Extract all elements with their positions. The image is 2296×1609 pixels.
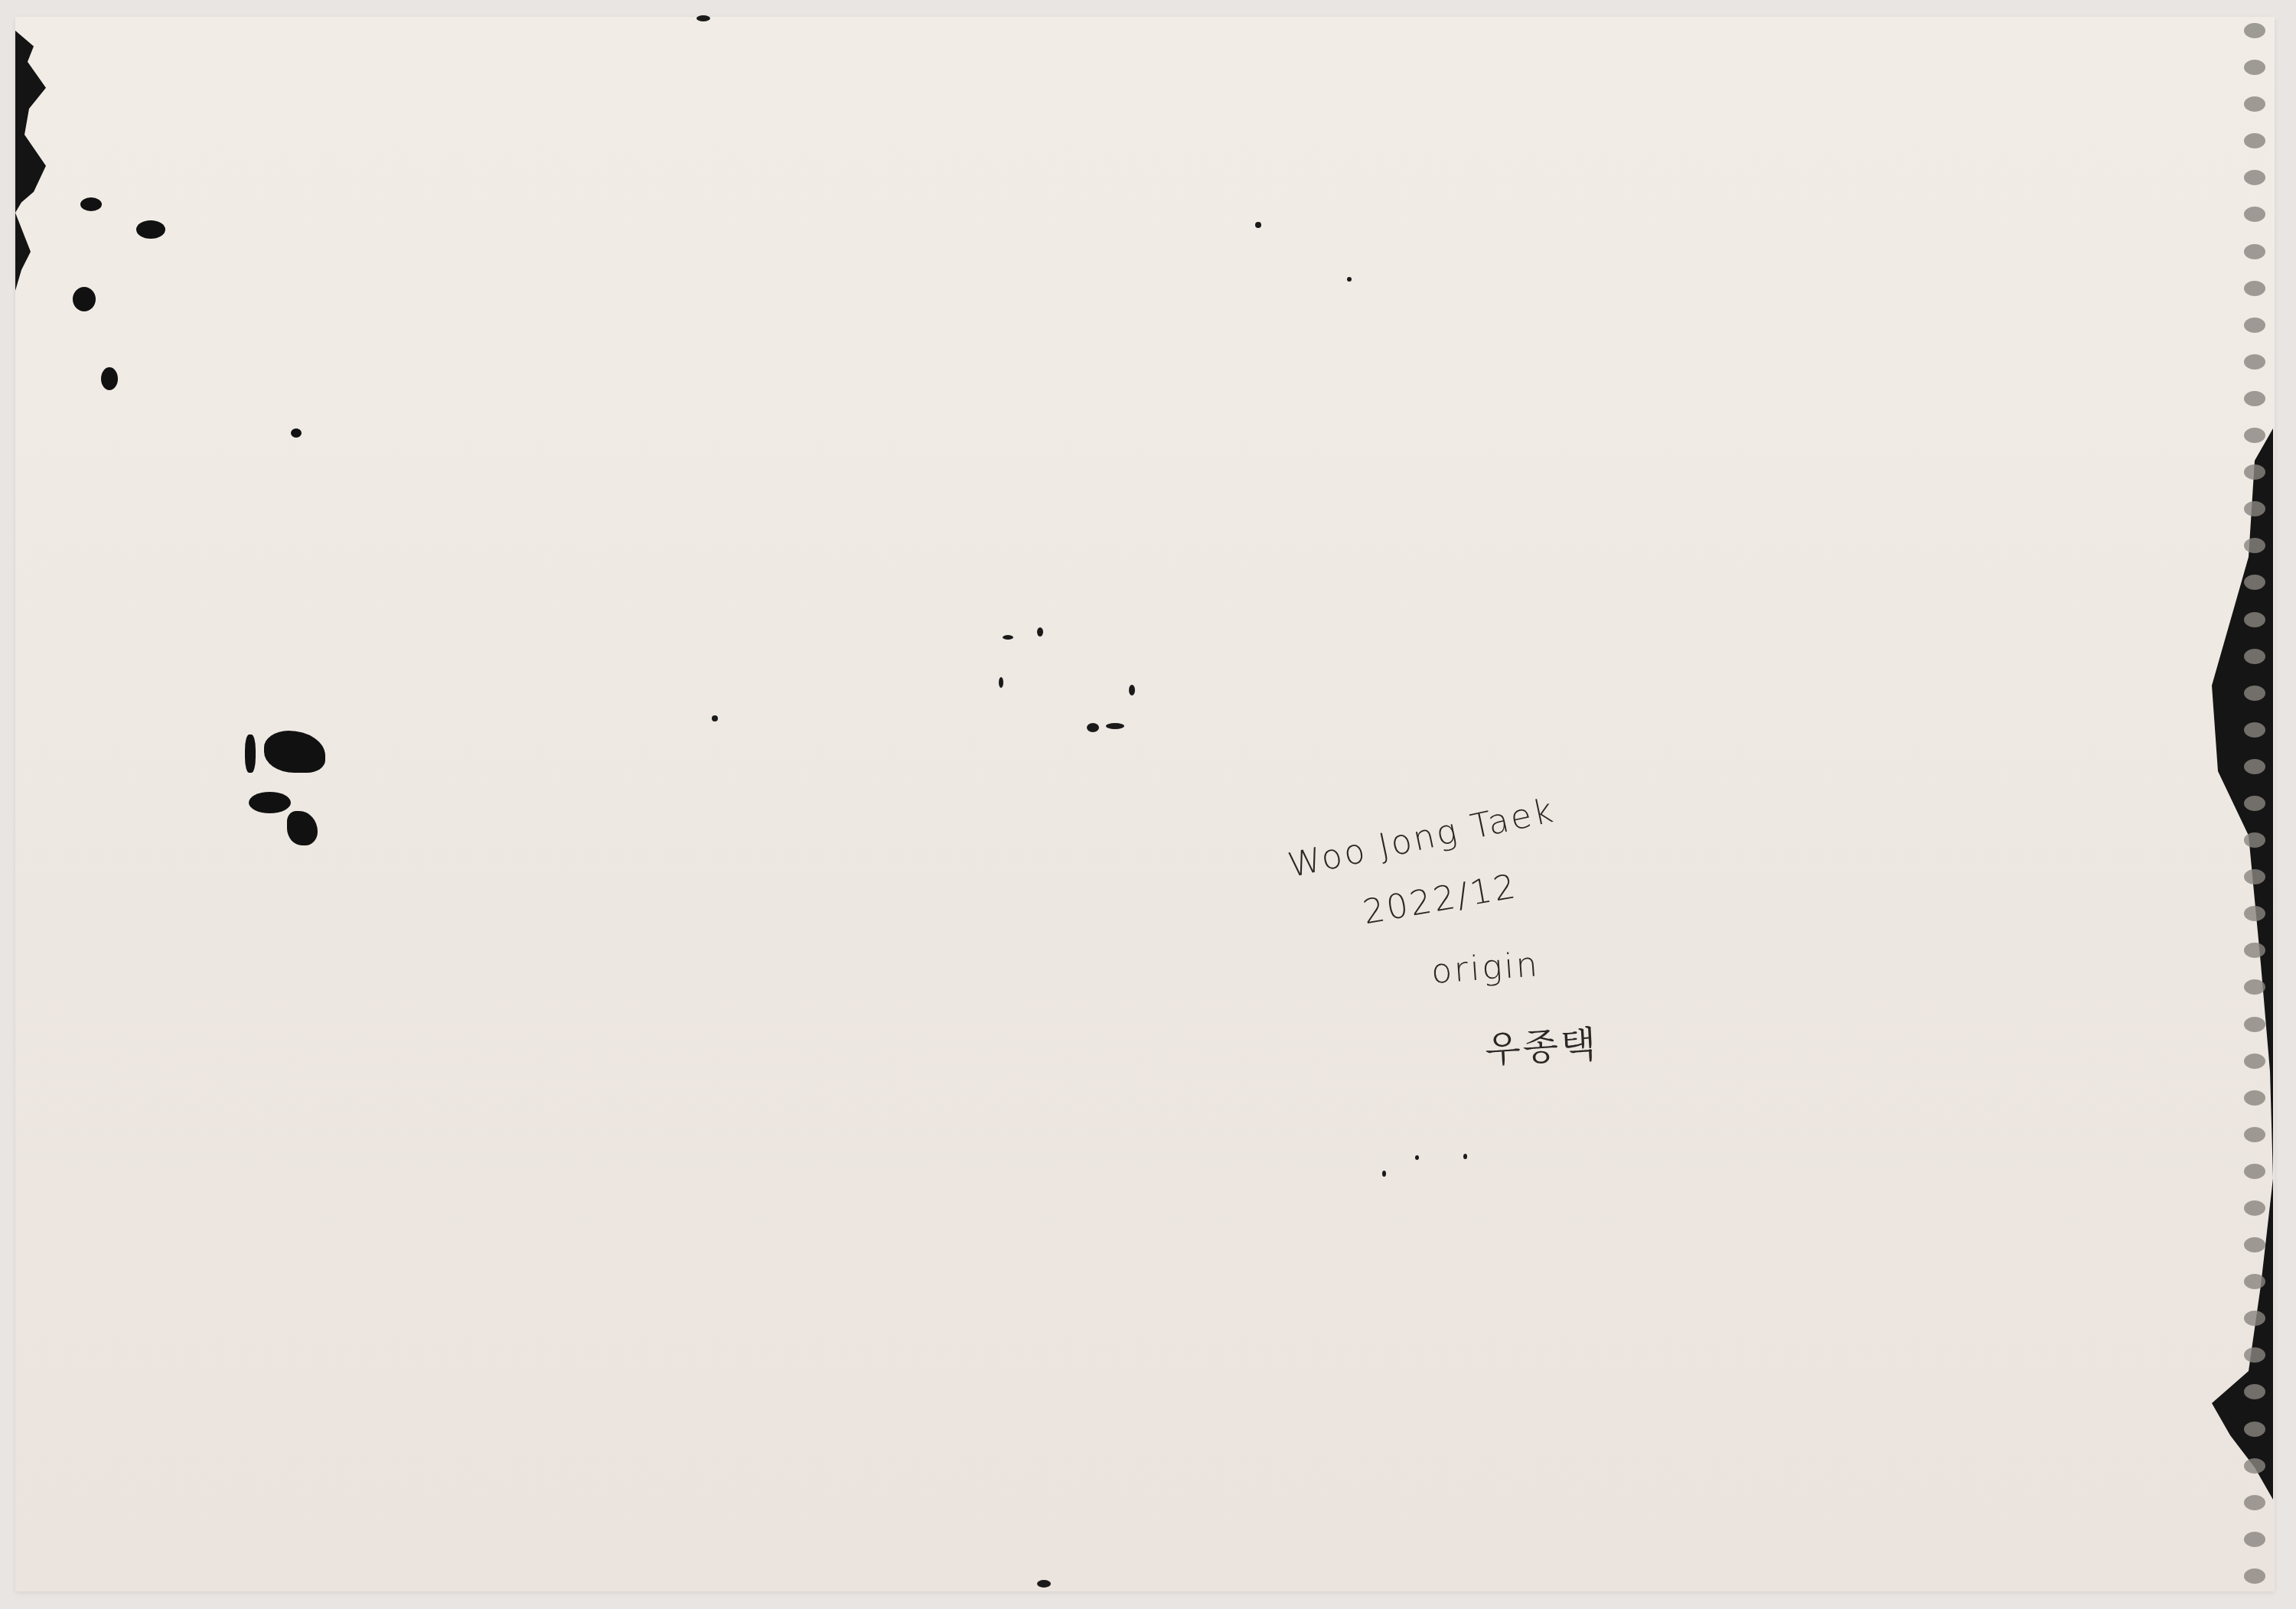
perforation-hole <box>2244 207 2265 222</box>
perforation-hole <box>2244 354 2265 370</box>
ink-blob <box>136 220 165 239</box>
ink-speck <box>1129 685 1135 695</box>
perforation-hole <box>2244 1090 2265 1106</box>
perforation-hole <box>2244 501 2265 516</box>
perforation-hole <box>2244 575 2265 590</box>
perforation-hole <box>2244 538 2265 553</box>
perforation-hole <box>2244 96 2265 112</box>
ink-speck <box>1003 635 1013 640</box>
perforation-hole <box>2244 796 2265 811</box>
perforation-hole <box>2244 1568 2265 1584</box>
perforation-hole <box>2244 1274 2265 1289</box>
perforation-hole <box>2244 1200 2265 1216</box>
perforation-hole <box>2244 943 2265 958</box>
paper-sheet <box>15 17 2275 1591</box>
ink-speck <box>1347 277 1352 282</box>
perforation-hole <box>2244 869 2265 884</box>
ink-splatter <box>249 792 291 813</box>
perforation-hole <box>2244 1017 2265 1032</box>
perforation-hole <box>2244 1054 2265 1069</box>
perforation-hole <box>2244 1384 2265 1399</box>
perforation-hole <box>2244 1347 2265 1363</box>
ink-blob <box>291 428 302 438</box>
perforation-hole <box>2244 1311 2265 1326</box>
perforation-hole <box>2244 244 2265 259</box>
korean-signature: 우종택 <box>1483 1015 1600 1073</box>
ink-speck <box>1037 1580 1051 1588</box>
perforation-hole <box>2244 281 2265 296</box>
ink-speck <box>1087 723 1099 732</box>
perforation-hole <box>2244 1422 2265 1437</box>
spiral-perforation-holes <box>2244 23 2275 1584</box>
perforation-hole <box>2244 649 2265 664</box>
ink-blob <box>73 287 96 311</box>
title: origin <box>1430 945 1541 992</box>
perforation-hole <box>2244 428 2265 443</box>
perforation-hole <box>2244 170 2265 185</box>
artist-name: Woo Jong Taek <box>1285 791 1559 886</box>
ink-blob <box>101 367 118 390</box>
perforation-hole <box>2244 60 2265 75</box>
ink-speck <box>1106 723 1124 729</box>
ink-speck <box>1415 1155 1419 1160</box>
perforation-hole <box>2244 1127 2265 1142</box>
perforation-hole <box>2244 686 2265 701</box>
ink-speck <box>1037 627 1043 637</box>
perforation-hole <box>2244 906 2265 921</box>
perforation-hole <box>2244 23 2265 38</box>
ink-blob <box>80 197 102 211</box>
ink-speck <box>999 677 1003 688</box>
perforation-hole <box>2244 722 2265 738</box>
ink-speck <box>1255 222 1261 228</box>
perforation-hole <box>2244 1237 2265 1252</box>
ink-speck <box>696 15 710 21</box>
perforation-hole <box>2244 612 2265 627</box>
perforation-hole <box>2244 464 2265 480</box>
perforation-hole <box>2244 759 2265 774</box>
handwritten-inscription: Woo Jong Taek 2022/12 origin 우종택 <box>1270 788 1760 1109</box>
perforation-hole <box>2244 1164 2265 1179</box>
perforation-hole <box>2244 1495 2265 1510</box>
ink-splatter <box>245 734 256 773</box>
perforation-hole <box>2244 318 2265 333</box>
perforation-hole <box>2244 1532 2265 1547</box>
ink-speck <box>1463 1154 1467 1159</box>
ink-speck <box>1382 1171 1386 1177</box>
perforation-hole <box>2244 832 2265 848</box>
perforation-hole <box>2244 1458 2265 1474</box>
ink-speck <box>712 715 718 721</box>
perforation-hole <box>2244 979 2265 995</box>
perforation-hole <box>2244 391 2265 406</box>
date: 2022/12 <box>1360 867 1521 933</box>
perforation-hole <box>2244 133 2265 148</box>
